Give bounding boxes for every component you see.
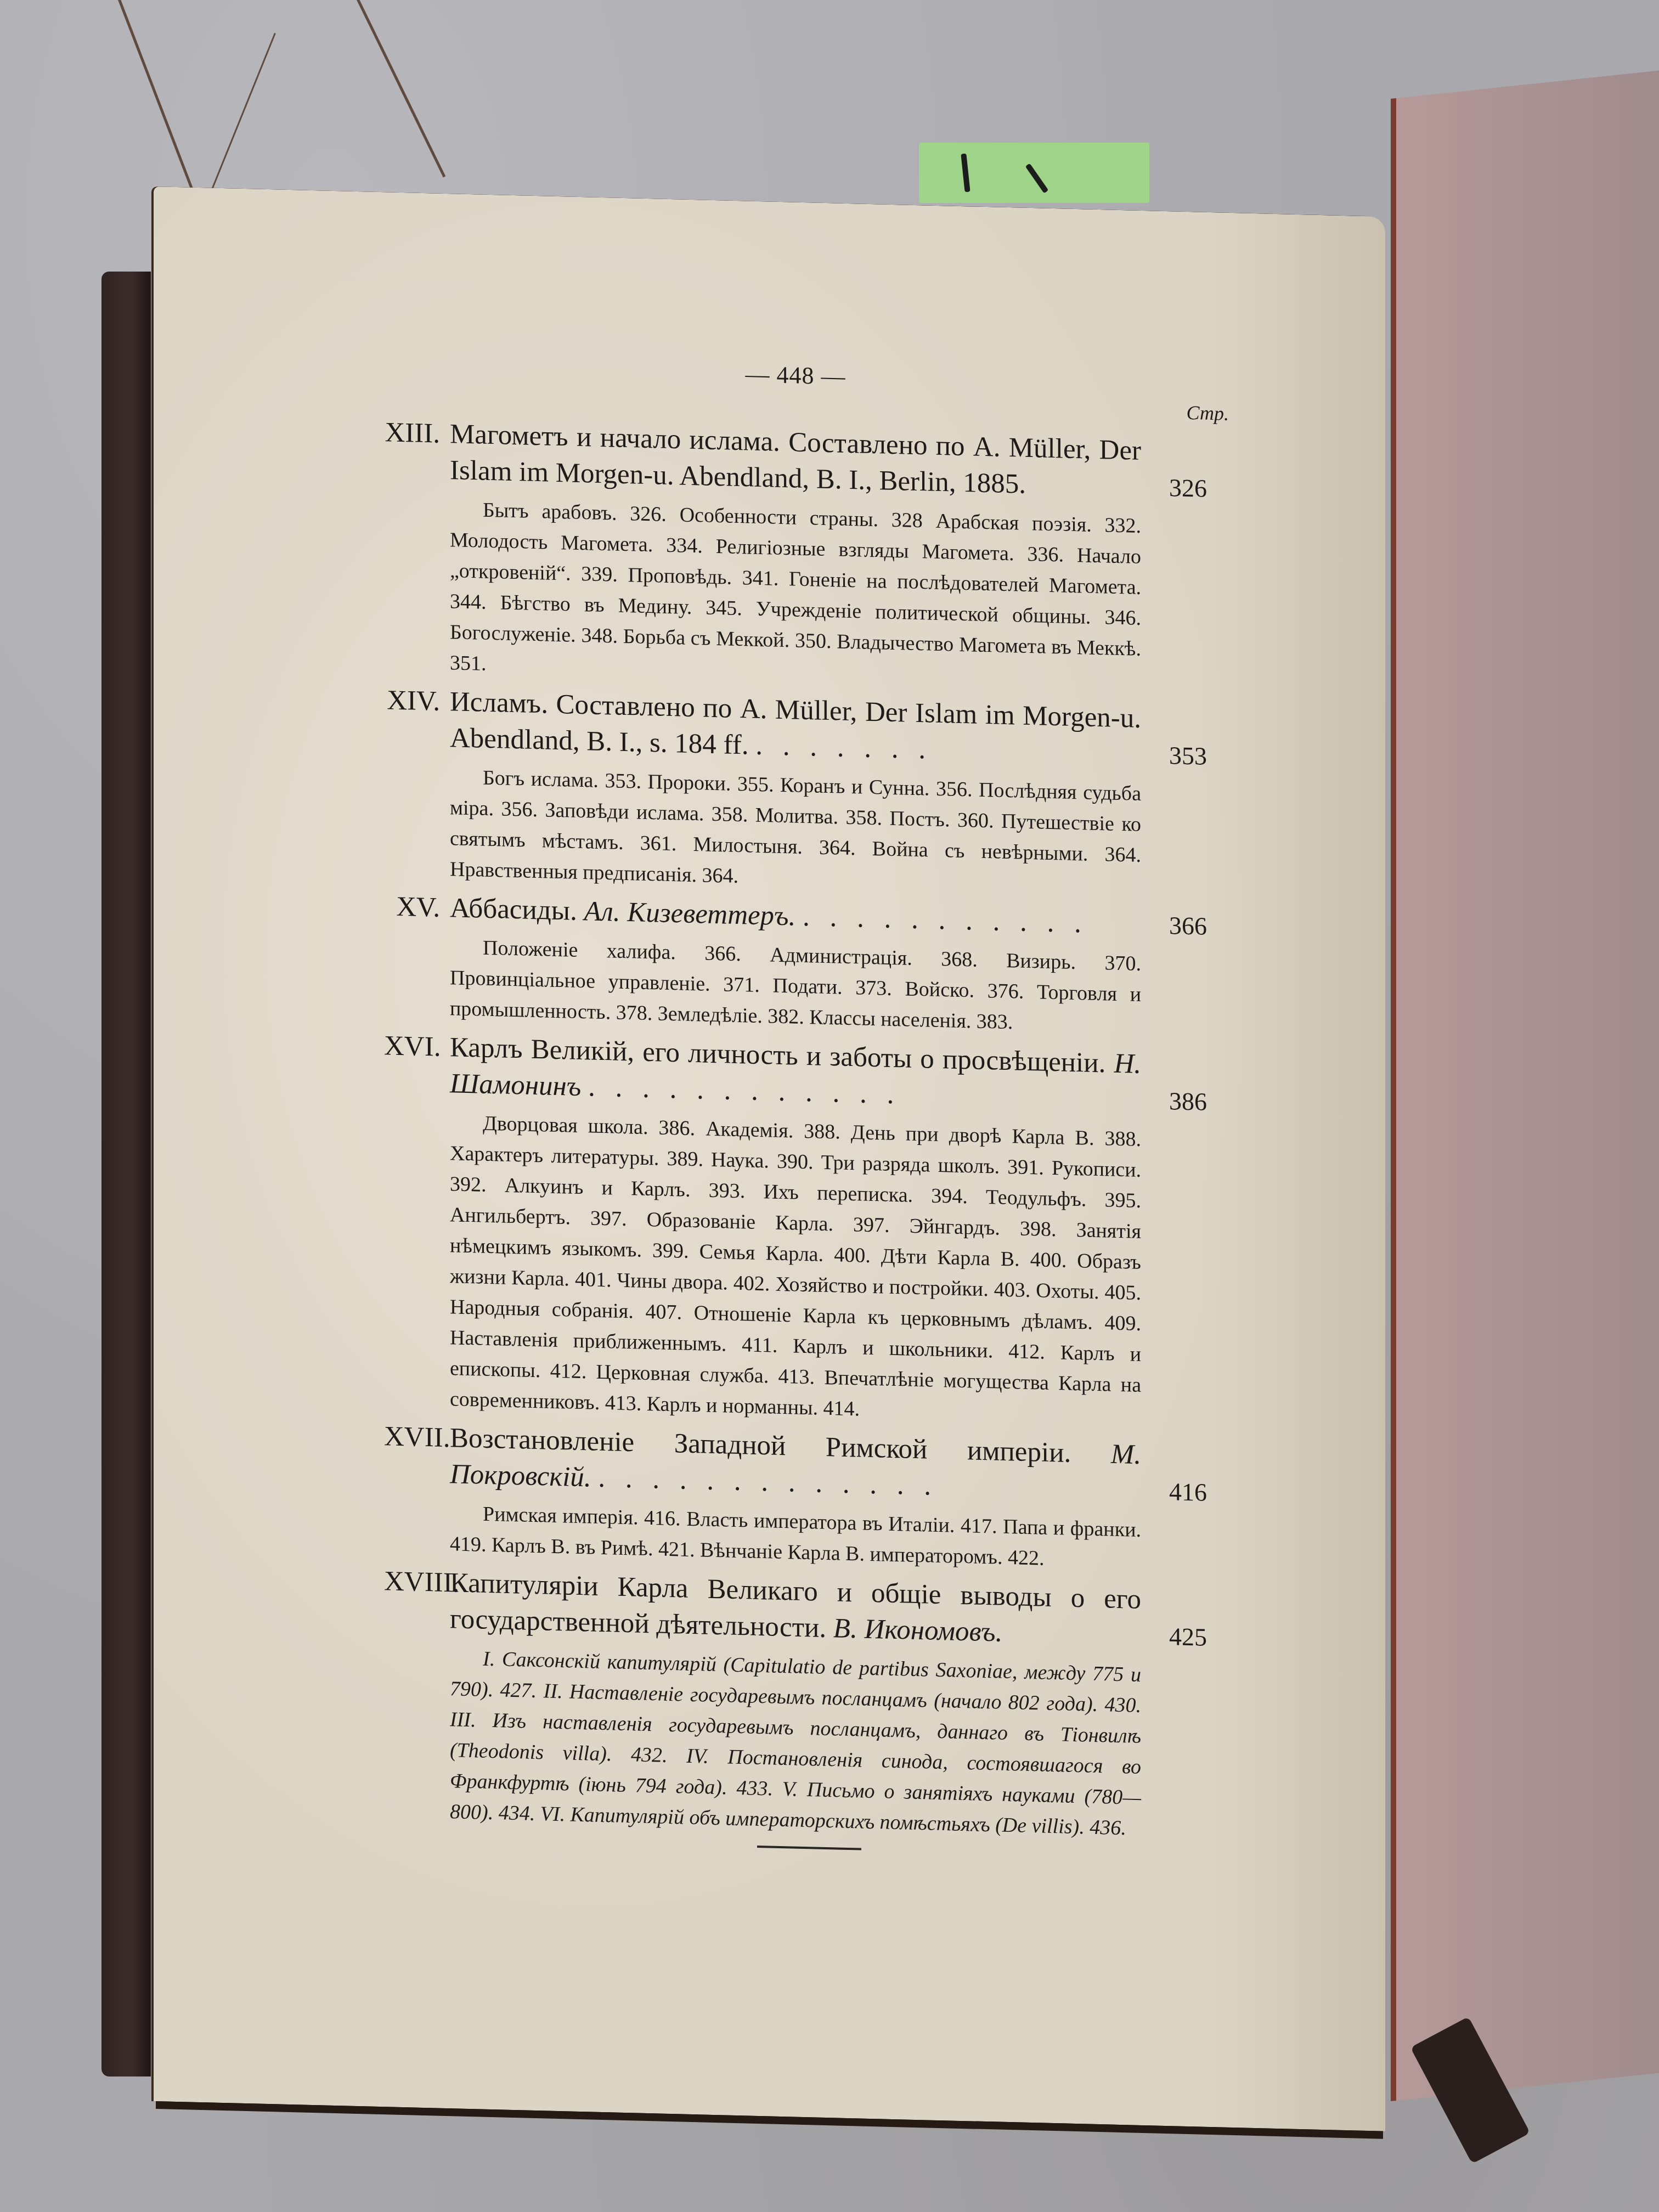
- chapter-title: Карлъ Великій, его личность и заботы о п…: [450, 1029, 1141, 1119]
- chapter-summary: Римская имперія. 416. Власть императора …: [450, 1498, 1141, 1576]
- toc-entry: XVII. Возстановленіе Западной Римской им…: [384, 1418, 1207, 1578]
- toc-entry: XV. Аббасиды. Ал. Кизеветтеръ. . . . . .…: [384, 888, 1207, 1042]
- leader-dots: . . . . . . . . . . . .: [588, 1071, 900, 1110]
- chapter-page-number: 425: [1141, 1618, 1207, 1656]
- book-page: — 448 — Стр. XIII. Магометъ и начало исл…: [154, 187, 1385, 2131]
- toc-entry: XIII. Магометъ и начало ислама. Составле…: [384, 414, 1207, 697]
- bookmark-handwriting-mark: [961, 154, 970, 193]
- toc-entry-heading: XIV. Исламъ. Составлено по A. Müller, De…: [384, 682, 1207, 775]
- toc-entry: XIV. Исламъ. Составлено по A. Müller, De…: [384, 682, 1207, 903]
- end-rule-divider: [757, 1846, 861, 1850]
- toc-entry: XVI. Карлъ Великій, его личность и забот…: [384, 1028, 1207, 1433]
- chapter-numeral: XVI.: [384, 1028, 450, 1065]
- leader-dots: . . . . . . . . . . . . .: [598, 1463, 938, 1502]
- chapter-title-text: Капитуляріи Карла Великаго и общіе вывод…: [450, 1567, 1141, 1644]
- chapter-title: Исламъ. Составлено по A. Müller, Der Isl…: [450, 684, 1141, 773]
- book-cover-left-edge: [101, 272, 151, 2076]
- toc-entries: XIII. Магометъ и начало ислама. Составле…: [384, 414, 1207, 1846]
- toc-entry-heading: XVIII. Капитуляріи Карла Великаго и общі…: [384, 1563, 1207, 1656]
- chapter-numeral: XIII.: [384, 414, 450, 452]
- chapter-summary: I. Саксонскій капитулярій (Capitulatio d…: [450, 1643, 1141, 1844]
- chapter-title: Возстановленіе Западной Римской имперіи.…: [450, 1420, 1141, 1509]
- chapter-numeral: XV.: [384, 888, 450, 926]
- leader-dots: . . . . . . . . . . .: [803, 901, 1088, 939]
- chapter-title: Капитуляріи Карла Великаго и общіе вывод…: [450, 1565, 1141, 1654]
- table-of-contents: — 448 — Стр. XIII. Магометъ и начало исл…: [384, 351, 1207, 1859]
- chapter-author: В. Икономовъ.: [833, 1613, 1003, 1648]
- toc-entry-heading: XIII. Магометъ и начало ислама. Составле…: [384, 414, 1207, 507]
- chapter-page-number: 416: [1141, 1473, 1207, 1511]
- book-cover-right: [1391, 68, 1659, 2101]
- chapter-summary: Положеніе халифа. 366. Администрація. 36…: [450, 932, 1141, 1041]
- chapter-title: Магометъ и начало ислама. Составлено по …: [450, 416, 1141, 505]
- chapter-summary: Бытъ арабовъ. 326. Особенности страны. 3…: [450, 494, 1141, 695]
- chapter-summary: Богъ ислама. 353. Пророки. 355. Коранъ и…: [450, 761, 1141, 901]
- toc-entry-heading: XVII. Возстановленіе Западной Римской им…: [384, 1418, 1207, 1511]
- surface-crack: [357, 0, 445, 178]
- chapter-numeral: XIV.: [384, 682, 450, 720]
- chapter-page-number: 366: [1141, 907, 1207, 945]
- chapter-page-number: 326: [1141, 469, 1207, 507]
- leader-dots: . . . . . . .: [755, 730, 932, 765]
- bookmark-handwriting-mark: [1025, 163, 1049, 194]
- chapter-author: Ал. Кизеветтеръ.: [584, 896, 795, 932]
- chapter-title-text: Аббасиды.: [450, 893, 577, 927]
- chapter-numeral: XVIII.: [384, 1563, 450, 1601]
- chapter-page-number: 353: [1141, 737, 1207, 775]
- toc-entry: XVIII. Капитуляріи Карла Великаго и общі…: [384, 1563, 1207, 1846]
- chapter-numeral: XVII.: [384, 1418, 450, 1456]
- chapter-title-text: Магометъ и начало ислама. Составлено по …: [450, 419, 1141, 500]
- toc-entry-heading: XVI. Карлъ Великій, его личность и забот…: [384, 1028, 1207, 1120]
- surface-crack: [208, 33, 276, 196]
- chapter-summary: Дворцовая школа. 386. Академія. 388. Ден…: [450, 1107, 1141, 1431]
- surface-crack: [118, 0, 193, 189]
- chapter-page-number: 386: [1141, 1082, 1207, 1120]
- bookmark-tab[interactable]: [919, 143, 1149, 203]
